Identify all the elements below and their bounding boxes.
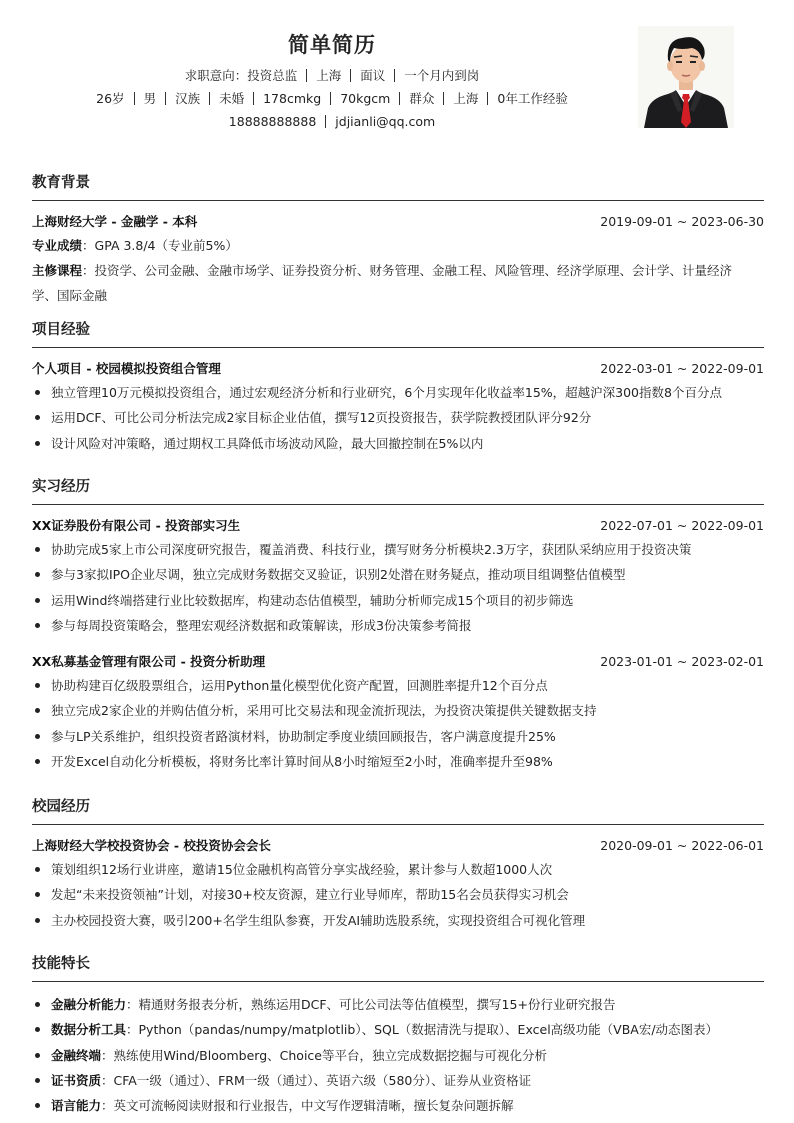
section-title: 教育背景 [32, 173, 764, 193]
education-heading: 上海财经大学 - 金融学 - 本科 [32, 212, 197, 230]
info-political: 群众 [409, 91, 434, 106]
contact-line: 18888888888jdjianli@qq.com [0, 110, 664, 133]
project-date: 2022-03-01 ~ 2022-09-01 [600, 361, 764, 376]
divider [350, 69, 351, 82]
divider [325, 115, 326, 128]
list-item: 协助构建百亿级股票组合，运用Python量化模型优化资产配置，回测胜率提升12个… [32, 673, 764, 698]
info-marital: 未婚 [219, 91, 244, 106]
gpa-value: ：GPA 3.8/4（专业前5%） [82, 238, 238, 253]
info-gender: 男 [144, 91, 157, 106]
divider [487, 92, 488, 105]
section-title: 项目经验 [32, 320, 764, 340]
intent-availability: 一个月内到岗 [404, 68, 479, 83]
info-age: 26岁 [96, 91, 124, 106]
contact-phone: 18888888888 [229, 114, 316, 129]
list-item: 协助完成5家上市公司深度研究报告，覆盖消费、科技行业，撰写财务分析模块2.3万字… [32, 537, 764, 562]
education-date: 2019-09-01 ~ 2023-06-30 [600, 214, 764, 229]
education-entry-header: 上海财经大学 - 金融学 - 本科 2019-09-01 ~ 2023-06-3… [32, 209, 764, 233]
internship-date: 2023-01-01 ~ 2023-02-01 [600, 654, 764, 669]
campus-date: 2020-09-01 ~ 2022-06-01 [600, 838, 764, 853]
courses-value: ：投资学、公司金融、金融市场学、证券投资分析、财务管理、金融工程、风险管理、经济… [82, 263, 732, 278]
section-divider [32, 824, 764, 825]
internship-entry-header: XX私募基金管理有限公司 - 投资分析助理 2023-01-01 ~ 2023-… [32, 649, 764, 673]
list-item: 开发Excel自动化分析模板，将财务比率计算时间从8小时缩短至2小时，准确率提升… [32, 749, 764, 774]
skill-label: 金融终端 [51, 1048, 101, 1063]
section-divider [32, 200, 764, 201]
list-item: 运用DCF、可比公司分析法完成2家目标企业估值，撰写12页投资报告，获学院教授团… [32, 405, 764, 430]
section-campus: 校园经历 上海财经大学校投资协会 - 校投资协会会长 2020-09-01 ~ … [32, 797, 764, 933]
section-divider [32, 981, 764, 982]
skills-bullets: 金融分析能力：精通财务报表分析，熟练运用DCF、可比公司法等估值模型，撰写15+… [32, 992, 764, 1118]
divider [443, 92, 444, 105]
skill-label: 金融分析能力 [51, 997, 126, 1012]
info-height: 178cmkg [263, 91, 321, 106]
internship-bullets: 协助完成5家上市公司深度研究报告，覆盖消费、科技行业，撰写财务分析模块2.3万字… [32, 537, 764, 638]
divider [134, 92, 135, 105]
gpa-label: 专业成绩 [32, 238, 82, 253]
skill-text: ：英文可流畅阅读财报和行业报告，中文写作逻辑清晰，擅长复杂问题拆解 [101, 1098, 514, 1113]
avatar-illustration-icon [638, 26, 734, 128]
intent-salary: 面议 [360, 68, 385, 83]
list-item: 参与每周投资策略会，整理宏观经济数据和政策解读，形成3份决策参考简报 [32, 613, 764, 638]
resume-title: 简单简历 [0, 30, 664, 60]
list-item: 运用Wind终端搭建行业比较数据库，构建动态估值模型，辅助分析师完成15个项目的… [32, 588, 764, 613]
internship-heading: XX私募基金管理有限公司 - 投资分析助理 [32, 652, 265, 670]
resume-header: 简单简历 求职意向：投资总监上海面议一个月内到岗 26岁男汉族未婚178cmkg… [0, 30, 664, 133]
skill-label: 证书资质 [51, 1073, 101, 1088]
courses-line-continued: 学、国际金融 [32, 283, 764, 308]
project-bullets: 独立管理10万元模拟投资组合，通过宏观经济分析和行业研究，6个月实现年化收益率1… [32, 380, 764, 456]
resume-page: 简单简历 求职意向：投资总监上海面议一个月内到岗 26岁男汉族未婚178cmkg… [0, 0, 794, 1123]
list-item: 参与LP关系维护，组织投资者路演材料，协助制定季度业绩回顾报告，客户满意度提升2… [32, 724, 764, 749]
section-title: 校园经历 [32, 797, 764, 817]
info-weight: 70kgcm [340, 91, 390, 106]
info-location: 上海 [453, 91, 478, 106]
divider [253, 92, 254, 105]
project-entry-header: 个人项目 - 校园模拟投资组合管理 2022-03-01 ~ 2022-09-0… [32, 356, 764, 380]
skill-item: 金融终端：熟练使用Wind/Bloomberg、Choice等平台，独立完成数据… [32, 1043, 764, 1068]
campus-entry-header: 上海财经大学校投资协会 - 校投资协会会长 2020-09-01 ~ 2022-… [32, 833, 764, 857]
list-item: 独立管理10万元模拟投资组合，通过宏观经济分析和行业研究，6个月实现年化收益率1… [32, 380, 764, 405]
section-projects: 项目经验 个人项目 - 校园模拟投资组合管理 2022-03-01 ~ 2022… [32, 320, 764, 456]
skill-text: ：Python（pandas/numpy/matplotlib）、SQL（数据清… [126, 1022, 718, 1037]
divider [394, 69, 395, 82]
skill-item: 证书资质：CFA一级（通过）、FRM一级（通过）、英语六级（580分）、证券从业… [32, 1068, 764, 1093]
campus-heading: 上海财经大学校投资协会 - 校投资协会会长 [32, 836, 271, 854]
divider [209, 92, 210, 105]
skill-label: 数据分析工具 [51, 1022, 126, 1037]
skill-text: ：CFA一级（通过）、FRM一级（通过）、英语六级（580分）、证券从业资格证 [101, 1073, 531, 1088]
internship-bullets: 协助构建百亿级股票组合，运用Python量化模型优化资产配置，回测胜率提升12个… [32, 673, 764, 774]
internship-heading: XX证券股份有限公司 - 投资部实习生 [32, 516, 240, 534]
intent-city: 上海 [316, 68, 341, 83]
skill-item: 金融分析能力：精通财务报表分析，熟练运用DCF、可比公司法等估值模型，撰写15+… [32, 992, 764, 1017]
internship-date: 2022-07-01 ~ 2022-09-01 [600, 518, 764, 533]
skill-item: 数据分析工具：Python（pandas/numpy/matplotlib）、S… [32, 1017, 764, 1042]
list-item: 策划组织12场行业讲座，邀请15位金融机构高管分享实战经验，累计参与人数超100… [32, 857, 764, 882]
skill-label: 语言能力 [51, 1098, 101, 1113]
list-item: 主办校园投资大赛，吸引200+名学生组队参赛，开发AI辅助选股系统，实现投资组合… [32, 908, 764, 933]
divider [306, 69, 307, 82]
internship-entry-header: XX证券股份有限公司 - 投资部实习生 2022-07-01 ~ 2022-09… [32, 513, 764, 537]
divider [165, 92, 166, 105]
divider [330, 92, 331, 105]
section-divider [32, 504, 764, 505]
section-internships: 实习经历 XX证券股份有限公司 - 投资部实习生 2022-07-01 ~ 20… [32, 477, 764, 774]
section-skills: 技能特长 金融分析能力：精通财务报表分析，熟练运用DCF、可比公司法等估值模型，… [32, 954, 764, 1118]
intent-position: 求职意向：投资总监 [185, 68, 298, 83]
section-title: 实习经历 [32, 477, 764, 497]
courses-label: 主修课程 [32, 263, 82, 278]
job-intent-line: 求职意向：投资总监上海面议一个月内到岗 [0, 64, 664, 87]
list-item: 设计风险对冲策略，通过期权工具降低市场波动风险，最大回撤控制在5%以内 [32, 431, 764, 456]
list-item: 发起“未来投资领袖”计划，对接30+校友资源，建立行业导师库，帮助15名会员获得… [32, 882, 764, 907]
section-title: 技能特长 [32, 954, 764, 974]
avatar-photo [638, 26, 734, 128]
gpa-line: 专业成绩：GPA 3.8/4（专业前5%） [32, 233, 764, 258]
contact-email: jdjianli@qq.com [335, 114, 435, 129]
info-ethnicity: 汉族 [175, 91, 200, 106]
divider [399, 92, 400, 105]
info-experience: 0年工作经验 [497, 91, 567, 106]
courses-line: 主修课程：投资学、公司金融、金融市场学、证券投资分析、财务管理、金融工程、风险管… [32, 258, 764, 283]
list-item: 独立完成2家企业的并购估值分析，采用可比交易法和现金流折现法，为投资决策提供关键… [32, 698, 764, 723]
section-divider [32, 347, 764, 348]
project-heading: 个人项目 - 校园模拟投资组合管理 [32, 359, 221, 377]
skill-item: 语言能力：英文可流畅阅读财报和行业报告，中文写作逻辑清晰，擅长复杂问题拆解 [32, 1093, 764, 1118]
section-education: 教育背景 上海财经大学 - 金融学 - 本科 2019-09-01 ~ 2023… [32, 173, 764, 308]
basic-info-line: 26岁男汉族未婚178cmkg70kgcm群众上海0年工作经验 [0, 87, 664, 110]
skill-text: ：精通财务报表分析，熟练运用DCF、可比公司法等估值模型，撰写15+份行业研究报… [126, 997, 615, 1012]
list-item: 参与3家拟IPO企业尽调，独立完成财务数据交叉验证，识别2处潜在财务疑点，推动项… [32, 562, 764, 587]
campus-bullets: 策划组织12场行业讲座，邀请15位金融机构高管分享实战经验，累计参与人数超100… [32, 857, 764, 933]
skill-text: ：熟练使用Wind/Bloomberg、Choice等平台，独立完成数据挖掘与可… [101, 1048, 547, 1063]
